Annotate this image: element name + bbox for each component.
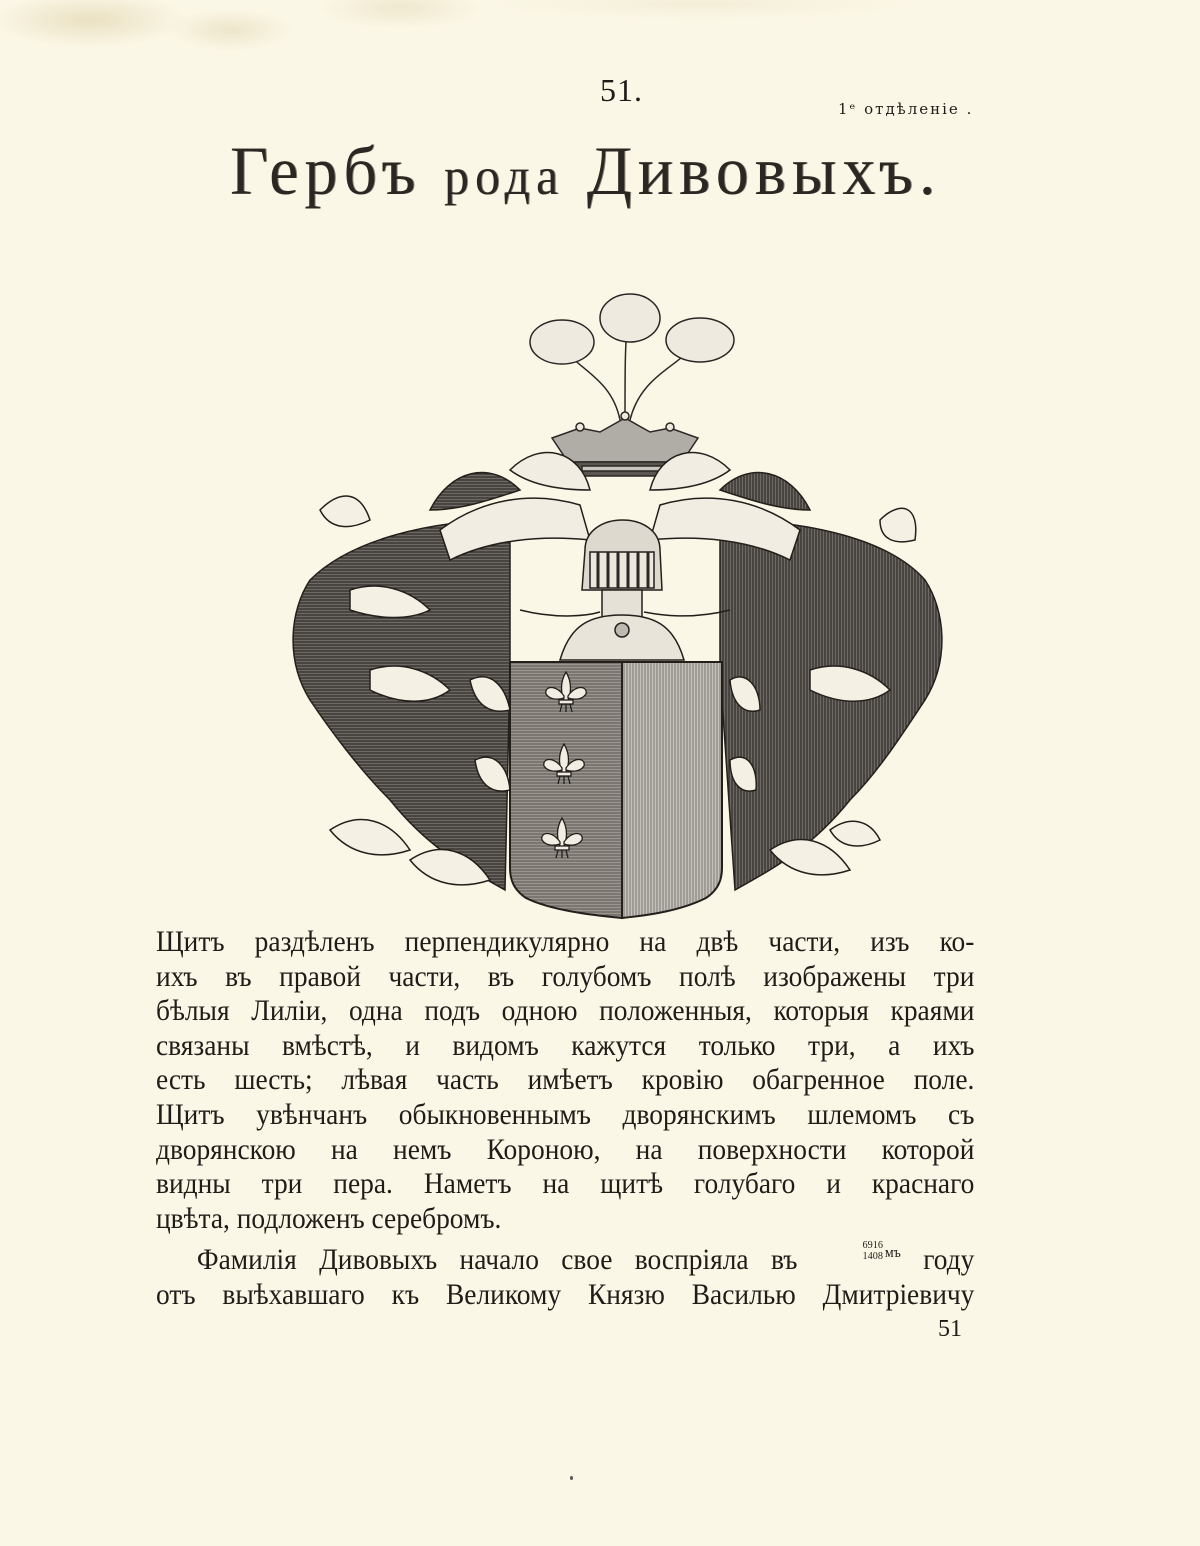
plate-number: 51. <box>600 72 643 109</box>
ink-speck <box>570 1476 573 1480</box>
text-line: дворянскою на немъ Короною, на поверхнос… <box>156 1133 974 1168</box>
title-word-1: Гербъ <box>230 133 422 210</box>
title-word-2: рода <box>444 147 564 206</box>
helmet-icon <box>520 520 730 660</box>
shield-right-gules <box>622 662 722 918</box>
text-line: Щитъ раздѣленъ перпендикулярно на двѣ ча… <box>156 925 974 960</box>
text-line: Щитъ увѣнчанъ обыкновеннымъ дворянскимъ … <box>156 1098 974 1133</box>
coat-of-arms-illustration <box>290 290 950 930</box>
page-title: Гербъ рода Дивовыхъ. <box>230 132 1010 212</box>
title-word-3: Дивовыхъ. <box>587 133 942 210</box>
text-line: цвѣта, подложенъ серебромъ. <box>156 1202 974 1237</box>
body-text: Щитъ раздѣленъ перпендикулярно на двѣ ча… <box>156 925 974 1313</box>
text-line: связаны вмѣстѣ, и видомъ кажутся только … <box>156 1029 974 1064</box>
section-label: 1ᵉ отдѣленіе . <box>838 100 973 118</box>
year-suffix: мъ <box>885 1245 901 1261</box>
para2-text-before: Фамилія Дивовыхъ начало свое воспріяла в… <box>197 1244 797 1276</box>
mantling-left <box>293 496 510 890</box>
para2-text-after: году <box>923 1244 974 1276</box>
text-line-para2: Фамилія Дивовыхъ начало свое воспріяла в… <box>156 1236 974 1278</box>
text-line: есть шесть; лѣвая часть имѣетъ кровію об… <box>156 1063 974 1098</box>
text-line: ихъ въ правой части, въ голубомъ полѣ из… <box>156 960 974 995</box>
year-fraction: 6916 1408 <box>822 1240 883 1262</box>
mantling-right <box>720 508 942 890</box>
shield <box>510 662 722 918</box>
text-line: видны три пера. Наметъ на щитѣ голубаго … <box>156 1167 974 1202</box>
feathers-icon <box>530 294 734 420</box>
text-line: отъ выѣхавшаго къ Великому Князю Василью… <box>156 1278 974 1313</box>
text-line: бѣлыя Лиліи, одна подъ одною положенныя,… <box>156 994 974 1029</box>
year-ad: 1408 <box>822 1251 883 1262</box>
folio-number: 51 <box>938 1316 962 1343</box>
